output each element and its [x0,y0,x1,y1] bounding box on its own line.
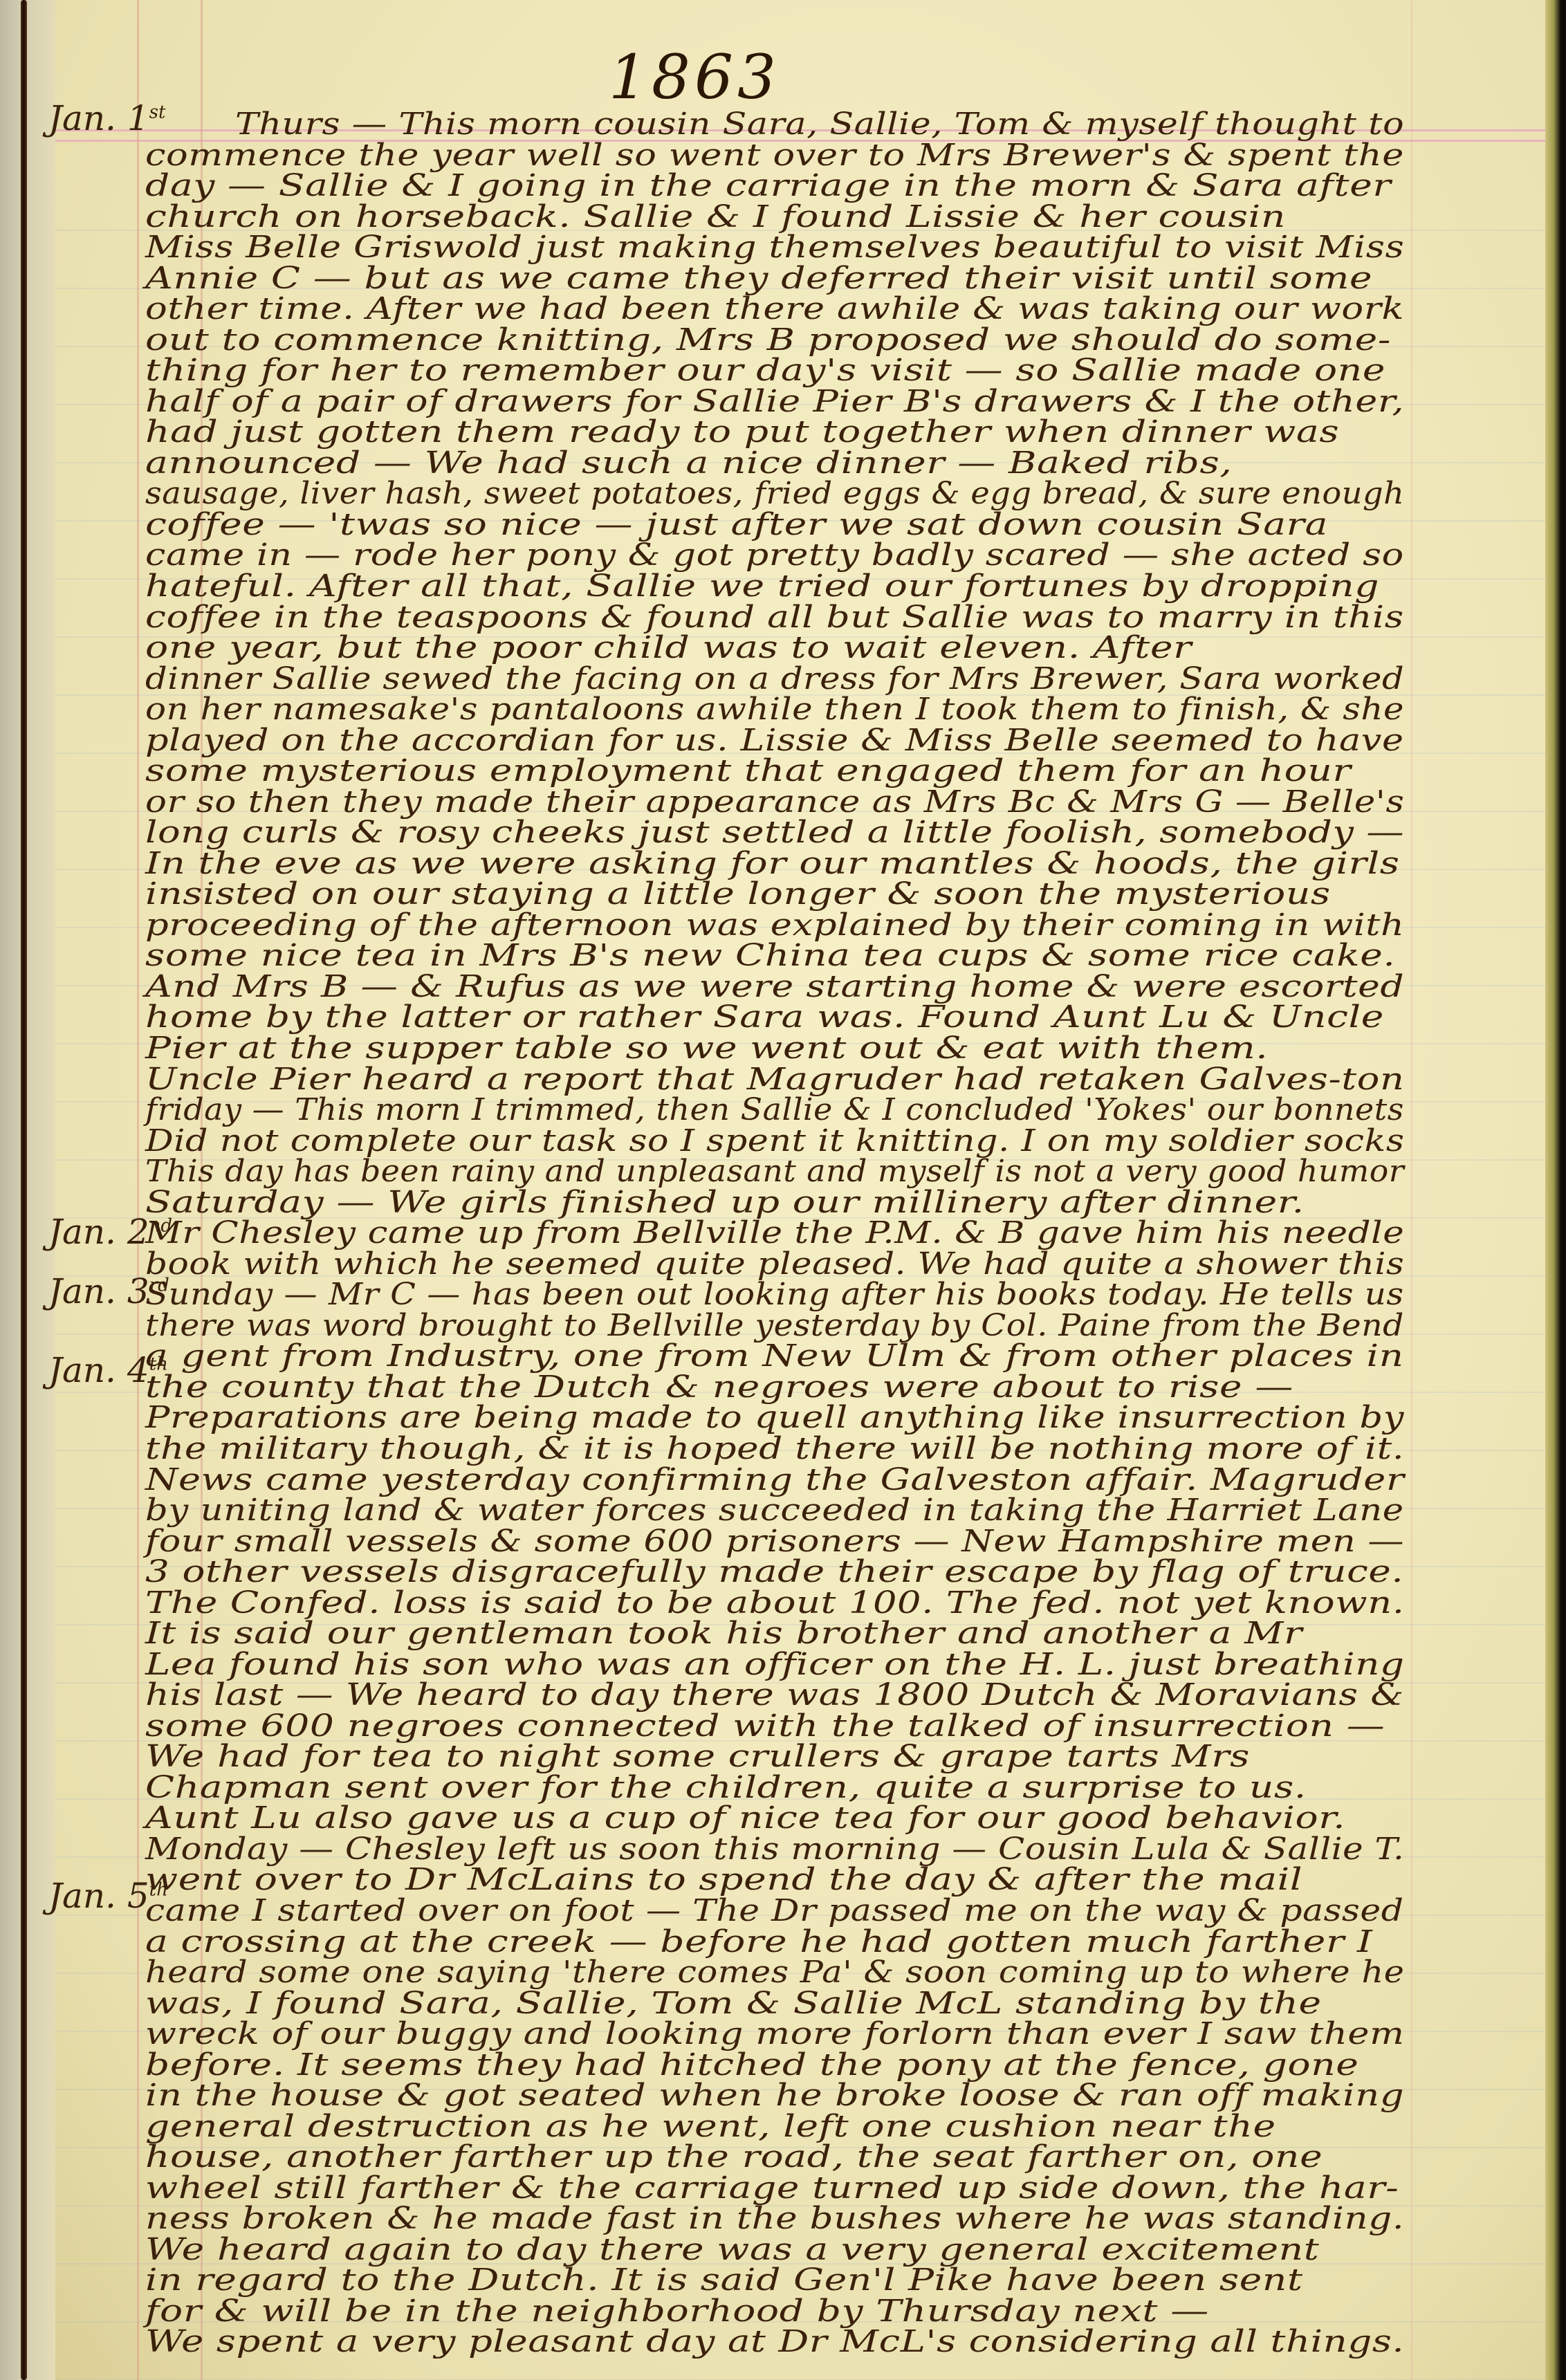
date-suffix: st [149,102,166,122]
date-label: Jan. 5 [48,1876,149,1916]
manuscript-page: 1863 Jan. 1st Jan. 2nd Jan. 3rd Jan. 4th… [0,0,1566,2380]
margin-date-jan-1: Jan. 1st [48,98,165,138]
margin-line-right [1411,0,1412,2380]
page-edge [1545,0,1566,2380]
date-label: Jan. 3 [48,1271,149,1311]
date-label: Jan. 1 [48,98,149,138]
margin-line-outer [137,0,139,2380]
manuscript-line: We spent a very pleasant day at Dr McL's… [145,2321,1404,2363]
date-label: Jan. 4 [48,1350,149,1390]
date-label: Jan. 2 [48,1212,149,1252]
page-gutter [0,0,55,2380]
page-year-heading: 1863 [609,41,780,113]
book-binding [21,0,27,2380]
